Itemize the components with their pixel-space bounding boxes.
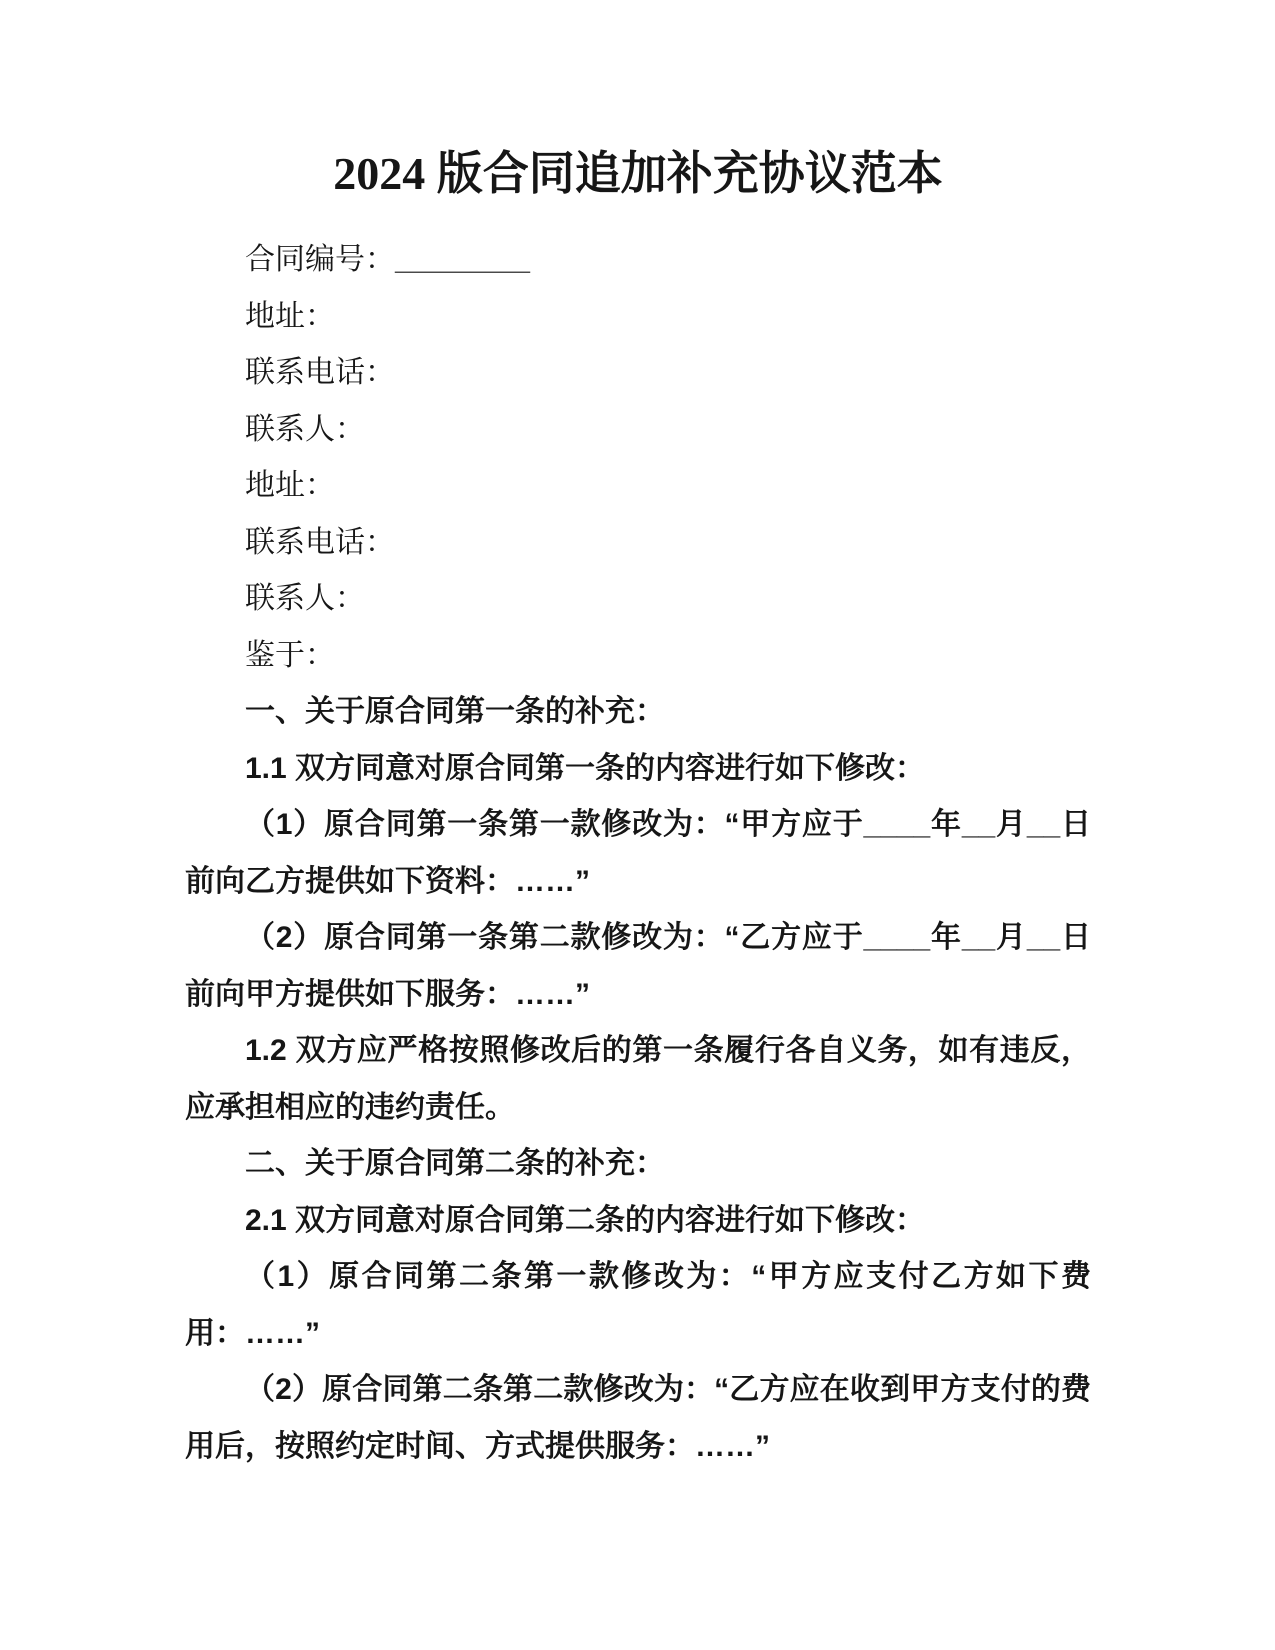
field-phone-party-a: 联系电话：	[185, 345, 1091, 402]
document-page: 2024 版合同追加补充协议范本 合同编号：_________ 地址： 联系电话…	[0, 0, 1275, 1650]
section-1-paragraph-item-2: （2）原合同第一条第二款修改为：“乙方应于____年__月__日前向甲方提供如下…	[185, 910, 1091, 1023]
field-phone-party-b: 联系电话：	[185, 515, 1091, 572]
section-1-paragraph-item-1: （1）原合同第一条第一款修改为：“甲方应于____年__月__日前向乙方提供如下…	[185, 797, 1091, 910]
section-2-heading: 二、关于原合同第二条的补充：	[185, 1136, 1091, 1193]
field-address-party-a: 地址：	[185, 289, 1091, 346]
section-2-paragraph-2-1: 2.1 双方同意对原合同第二条的内容进行如下修改：	[185, 1193, 1091, 1250]
document-title: 2024 版合同追加补充协议范本	[185, 148, 1091, 200]
field-whereas: 鉴于：	[185, 628, 1091, 685]
field-contract-number: 合同编号：_________	[185, 232, 1091, 289]
section-2-paragraph-item-1: （1）原合同第二条第一款修改为：“甲方应支付乙方如下费用：……”	[185, 1249, 1091, 1362]
section-1-paragraph-1-1: 1.1 双方同意对原合同第一条的内容进行如下修改：	[185, 741, 1091, 798]
field-contact-party-b: 联系人：	[185, 571, 1091, 628]
section-1-paragraph-1-2: 1.2 双方应严格按照修改后的第一条履行各自义务，如有违反，应承担相应的违约责任…	[185, 1023, 1091, 1136]
section-1-heading: 一、关于原合同第一条的补充：	[185, 684, 1091, 741]
field-contact-party-a: 联系人：	[185, 402, 1091, 459]
section-2-paragraph-item-2: （2）原合同第二条第二款修改为：“乙方应在收到甲方支付的费用后，按照约定时间、方…	[185, 1362, 1091, 1475]
field-address-party-b: 地址：	[185, 458, 1091, 515]
blank-underline: _________	[395, 243, 530, 276]
field-contract-number-label: 合同编号：	[245, 243, 395, 276]
